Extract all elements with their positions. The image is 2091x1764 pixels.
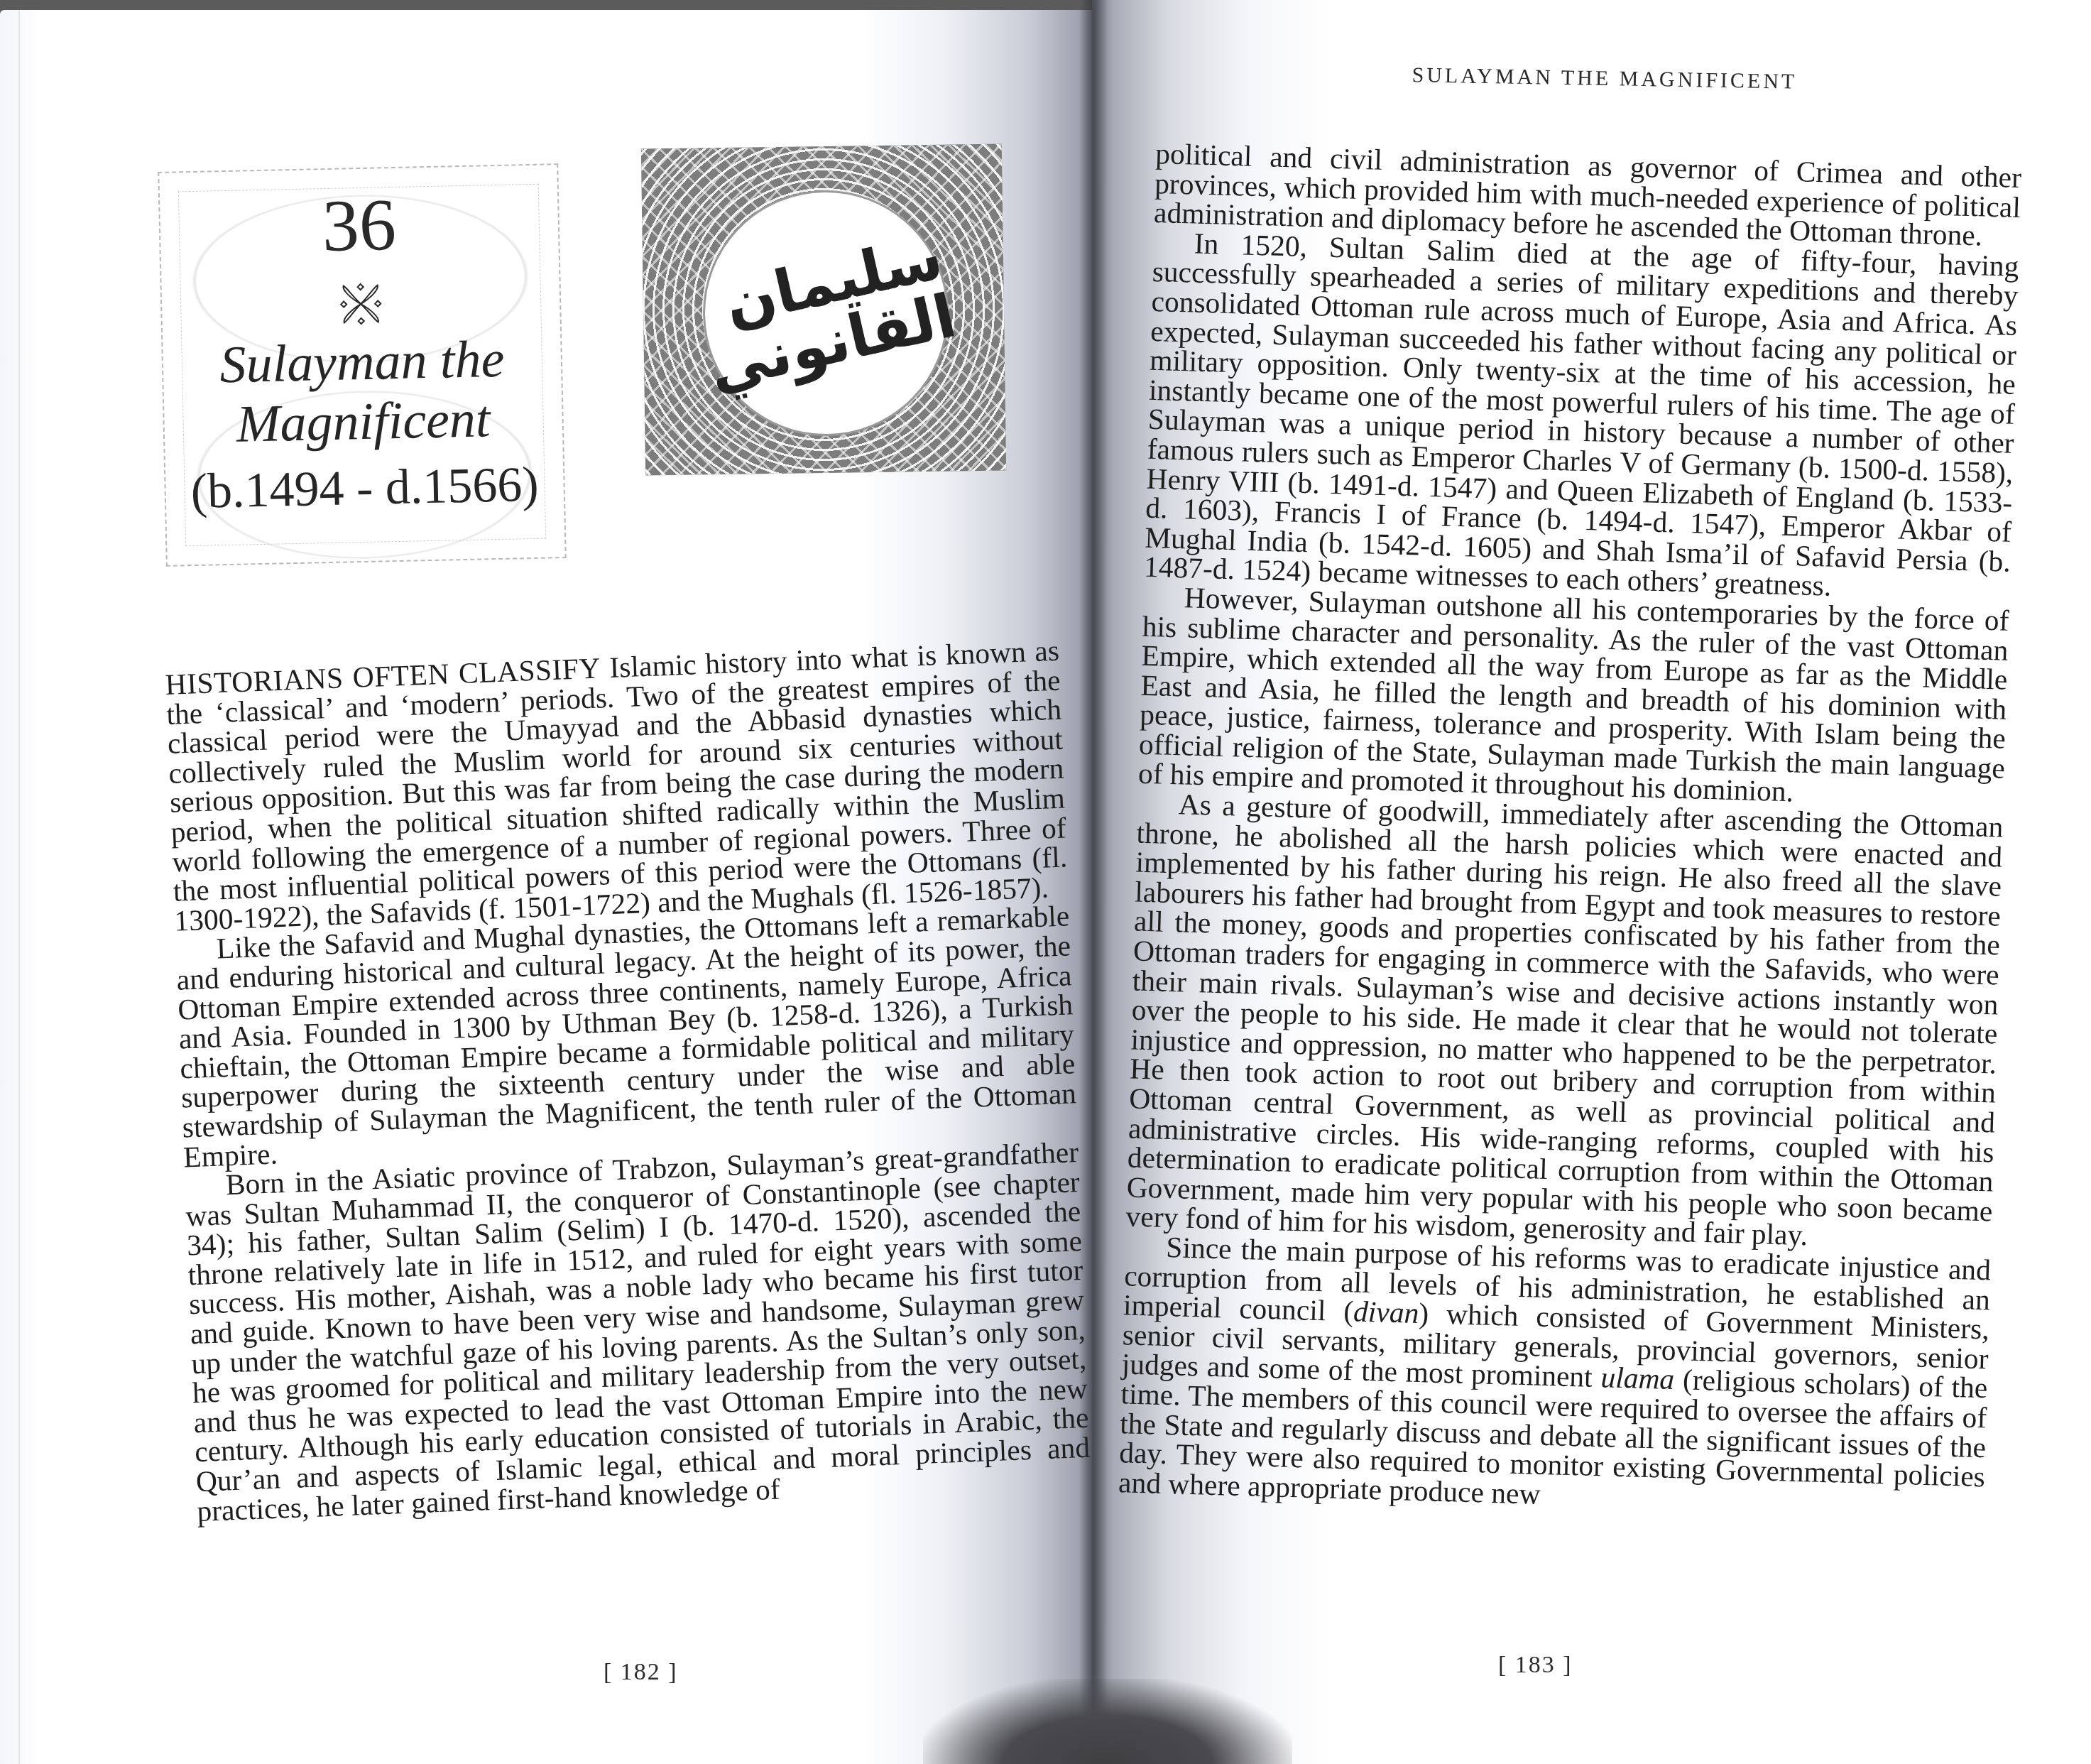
paragraph: However, Sulayman outshone all his conte… xyxy=(1137,582,2009,813)
paragraph: Like the Safavid and Mughal dynasties, t… xyxy=(175,902,1078,1172)
chapter-title: Sulayman the Magnificent xyxy=(163,328,562,456)
right-page-body: political and civil administration as go… xyxy=(1118,139,2022,1522)
chapter-number: 36 xyxy=(160,185,559,267)
chapter-title-line-1: Sulayman the xyxy=(163,328,562,396)
book-spread: 36 Sulayman the Magnificent (b.1494 - d.… xyxy=(0,0,2091,1764)
paragraph: As a gesture of goodwill, immediately af… xyxy=(1125,789,2004,1256)
left-page: 36 Sulayman the Magnificent (b.1494 - d.… xyxy=(0,10,1092,1764)
page-number: [ 183 ] xyxy=(1498,1652,1573,1679)
calligraphy-panel: سليمان القانوني xyxy=(641,143,1006,475)
left-page-body: HISTORIANS OFTEN CLASSIFY Islamic histor… xyxy=(165,636,1091,1527)
book-gutter xyxy=(1079,0,1108,1764)
chapter-dates: (b.1494 - d.1566) xyxy=(165,456,564,521)
chapter-title-line-2: Magnificent xyxy=(164,388,563,456)
paragraph: In 1520, Sultan Salim died at the age of… xyxy=(1144,228,2019,606)
chapter-title-box: 36 Sulayman the Magnificent (b.1494 - d.… xyxy=(158,163,567,567)
paragraph: Since the main purpose of his reforms wa… xyxy=(1118,1231,1992,1521)
four-petal-flower-ornament-icon xyxy=(338,281,384,327)
arabic-calligraphy-text: سليمان القانوني xyxy=(690,227,961,399)
binding-shadow xyxy=(923,1679,1292,1764)
paragraph: HISTORIANS OFTEN CLASSIFY Islamic histor… xyxy=(165,636,1069,936)
page-number: [ 182 ] xyxy=(604,1659,678,1686)
paragraph: Born in the Asiatic province of Trabzon,… xyxy=(184,1138,1091,1526)
